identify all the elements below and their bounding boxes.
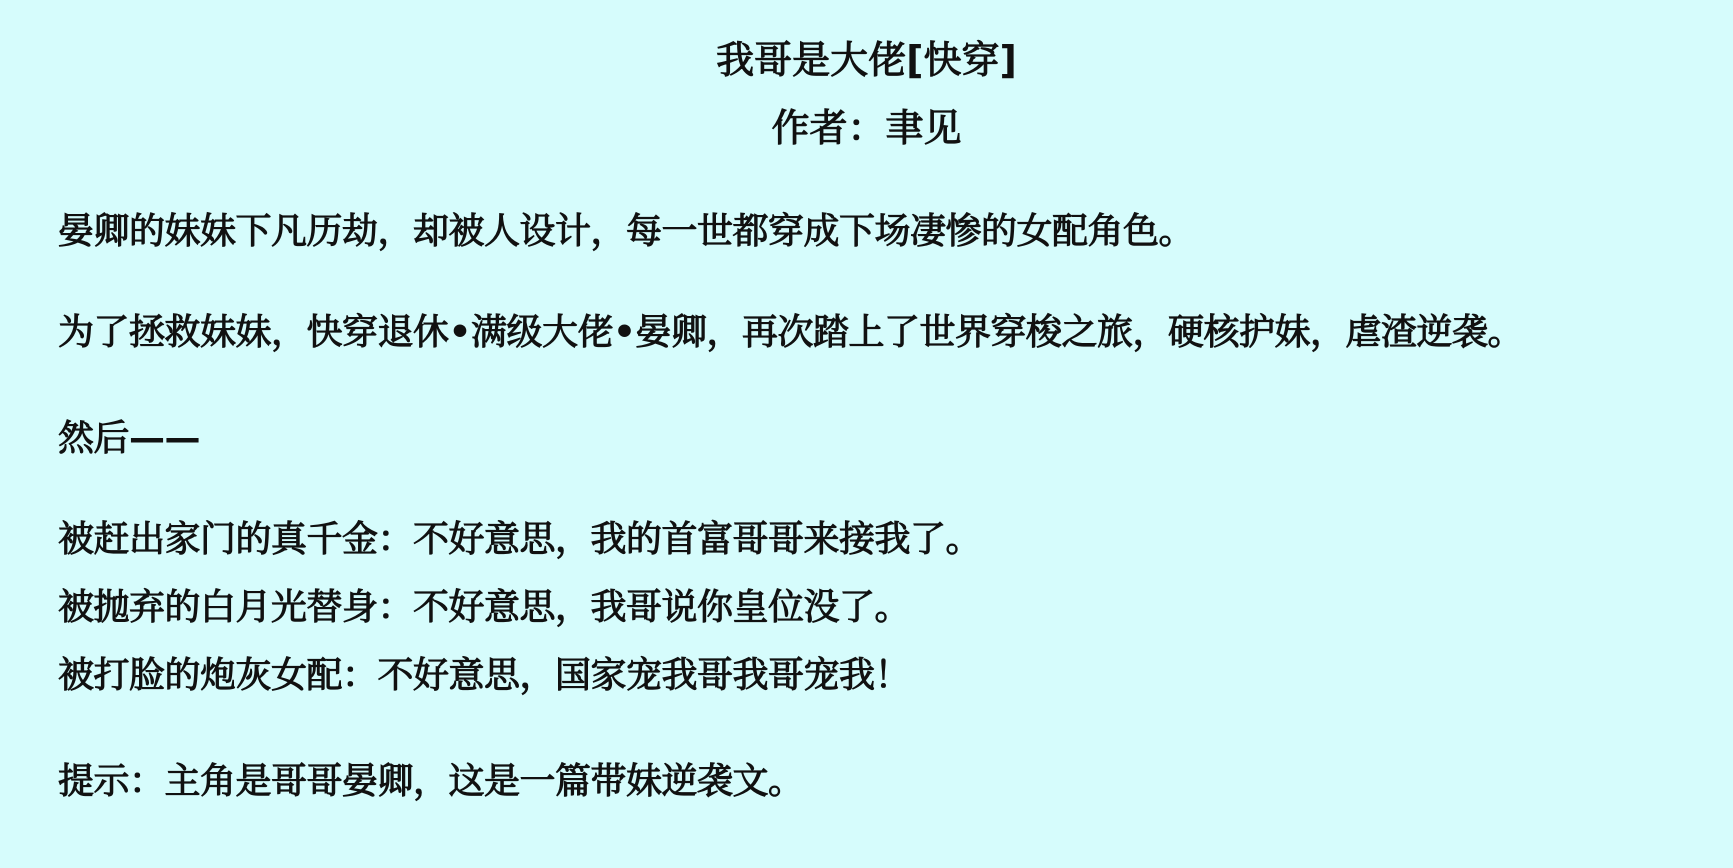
dialogue-line-1: 被赶出家门的真千金：不好意思，我的首富哥哥来接我了。 [58,516,981,564]
dialogue-line-2: 被抛弃的白月光替身：不好意思，我哥说你皇位没了。 [58,584,910,632]
novel-synopsis-page: 我哥是大佬[快穿] 作者：聿见 晏卿的妹妹下凡历劫，却被人设计，每一世都穿成下场… [0,0,1733,868]
synopsis-paragraph-2: 为了拯救妹妹，快穿退休•满级大佬•晏卿，再次踏上了世界穿梭之旅，硬核护妹，虐渣逆… [58,309,1523,357]
author-line: 作者：聿见 [0,104,1733,152]
hint-line: 提示：主角是哥哥晏卿，这是一篇带妹逆袭文。 [58,758,804,806]
synopsis-paragraph-3: 然后—— [58,415,200,463]
synopsis-paragraph-1: 晏卿的妹妹下凡历劫，却被人设计，每一世都穿成下场凄惨的女配角色。 [58,208,1194,256]
book-title: 我哥是大佬[快穿] [0,36,1733,84]
dialogue-line-3: 被打脸的炮灰女配：不好意思，国家宠我哥我哥宠我！ [58,652,910,700]
